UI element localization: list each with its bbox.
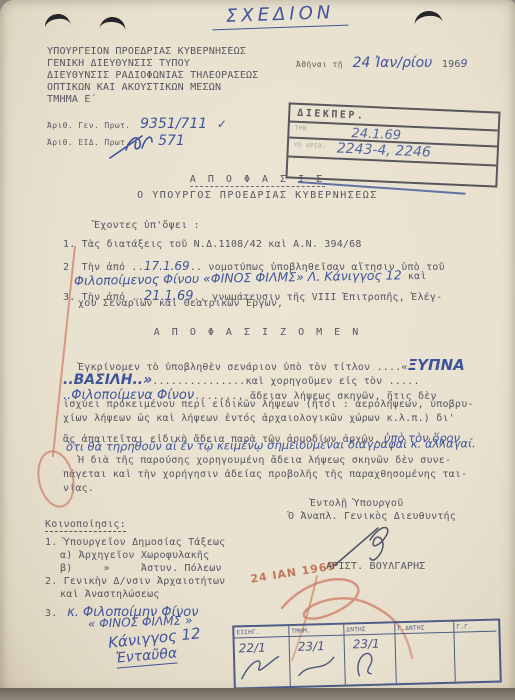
- routing-col-header: Γ.ΔΝΤΗΣ: [395, 622, 453, 635]
- routing-stamp-table: ΕΙΣΗΓ. 22/1 ΤΜΗΜ. 23/1 ΔΝΤΗΣ 23/1 Γ.ΔΝΤΗ…: [232, 619, 502, 690]
- recipient-city-handwritten: Ἐνταῦθα: [115, 645, 178, 668]
- scanned-document-page: ΣΧΕΔΙΟΝ ΥΠΟΥΡΓΕΙΟΝ ΠΡΟΕΔΡΙΑΣ ΚΥΒΕΡΝΗΣΕΩΣ…: [0, 0, 515, 700]
- notification-item: β) » Ἀστυν. Πόλεων: [60, 563, 222, 574]
- resolve-heading: Α Π Ο Φ Α Σ Ι Ζ Ο Μ Ε Ν: [0, 327, 515, 338]
- ink-scribble-icon: [108, 130, 168, 160]
- body-line: χίων λήψεων ὡς καὶ λήψεων ἐντός ἀρχαιολο…: [63, 413, 455, 424]
- routing-signature-icon: [294, 651, 339, 682]
- scan-bottom-edge: [0, 688, 515, 700]
- decision-heading: Α Π Ο Φ Α Σ Ι Σ: [0, 174, 515, 185]
- minister-line: Ο ΥΠΟΥΡΓΟΣ ΠΡΟΕΔΡΙΑΣ ΚΥΒΕΡΝΗΣΕΩΣ: [0, 190, 515, 201]
- by-order-line: Ἐντολῇ Ὑπουργοῦ: [310, 498, 403, 509]
- date-line: Ἀθῆναι τῇ 24 Ἰαν/ρίου 1969: [296, 52, 468, 71]
- letterhead-line: ΥΠΟΥΡΓΕΙΟΝ ΠΡΟΕΔΡΙΑΣ ΚΥΒΕΡΝΗΣΕΩΣ: [47, 46, 259, 58]
- staple-mark-icon: [43, 12, 71, 28]
- date-year-digit: 9: [461, 57, 468, 70]
- letterhead-line: ΔΙΕΥΘΥΝΣΙΣ ΡΑΔΙΟΦΩΝΙΑΣ ΤΗΛΕΟΡΑΣΕΩΣ: [47, 70, 259, 82]
- body-line: Ἡ διὰ τῆς παρούσης χορηγουμένη ἄδεια λήψ…: [78, 455, 451, 466]
- routing-col-header: ΕΙΣΗΓ.: [234, 626, 288, 638]
- letterhead-line: ΟΠΤΙΚΩΝ ΚΑΙ ΑΚΟΥΣΤΙΚΩΝ ΜΕΣΩΝ: [47, 82, 259, 94]
- date-year: 196: [442, 59, 461, 70]
- dispatch-stamp-row-label: ΥΠ ΑΡΙΘ.: [294, 142, 326, 150]
- letterhead-line: ΓΕΝΙΚΗ ΔΙΕΥΘΥΝΣΙΣ ΤΥΠΟΥ: [47, 58, 259, 70]
- dispatch-stamp-row-label: ΤΗΝ: [294, 125, 306, 133]
- consideration-2-end: καὶ: [402, 271, 427, 282]
- consideration-3-line2: χου Σεναρίων καὶ Θεατρικῶν Ἔργων,: [78, 298, 283, 309]
- consideration-1: 1. Τὰς διατάξεις τοῦ Ν.Δ.1108/42 καὶ Α.Ν…: [63, 239, 362, 250]
- routing-signature-icon: [237, 652, 284, 683]
- routing-col-header: ΔΝΤΗΣ: [344, 623, 394, 635]
- notification-item: καὶ Ἀναστηλώσεως: [60, 589, 160, 600]
- red-pencil-oval: [32, 447, 79, 511]
- minister-line-text: Ο ΥΠΟΥΡΓΟΣ ΠΡΟΕΔΡΙΑΣ ΚΥΒΕΡΝΗΣΕΩΣ: [137, 190, 378, 202]
- body-line: ἰσχύει προκειμένου περὶ εἰδικῶν λήψεων (…: [63, 399, 474, 410]
- condition-handwritten-line2: ὅτι θὰ τηρηθοῦν αἱ ἐν τῷ κειμένῳ σημειού…: [66, 436, 476, 454]
- signer-name: ΑΡΙΣΤ. ΒΟΥΛΓΑΡΗΣ: [326, 561, 426, 572]
- notification-item: 1. Ὑπουργεῖον Δημοσίας Τάξεως: [45, 537, 225, 548]
- routing-col-header: Γ.Γ.: [454, 621, 496, 633]
- draft-label-handwritten: ΣΧΕΔΙΟΝ: [212, 2, 349, 31]
- routing-col-header: ΤΜΗΜ.: [289, 625, 343, 637]
- notification-item-number: 3.: [45, 608, 57, 619]
- staple-mark-icon: [99, 16, 126, 31]
- date-handwritten: 24 Ἰαν/ρίου: [353, 55, 433, 71]
- red-pencil-line: [52, 246, 76, 457]
- letterhead: ΥΠΟΥΡΓΕΙΟΝ ΠΡΟΕΔΡΙΑΣ ΚΥΒΕΡΝΗΣΕΩΣ ΓΕΝΙΚΗ …: [47, 46, 259, 106]
- notification-item: 2. Γενικὴν Δ/νσιν Ἀρχαιοτήτων: [45, 576, 225, 587]
- resolve-heading-text: Α Π Ο Φ Α Σ Ι Ζ Ο Μ Ε Ν: [154, 327, 361, 339]
- notification-item: α) Ἀρχηγεῖον Χωροφυλακῆς: [60, 550, 209, 561]
- date-prefix: Ἀθῆναι τῇ: [296, 60, 343, 69]
- staple-mark-icon: [413, 10, 442, 26]
- body-line: πάγεται καὶ τὴν χορήγησιν ἀδείας προβολῆ…: [63, 469, 467, 480]
- having-regard: Ἔχοντες ὑπ'ὄψει :: [94, 220, 200, 231]
- check-mark-icon: ✓: [217, 117, 227, 131]
- letterhead-line: ΤΜΗΜΑ Ε΄: [47, 94, 259, 106]
- routing-signature-icon: [349, 645, 392, 680]
- notification-heading: Κοινοποίησις:: [45, 519, 126, 532]
- protocol-general-label: Ἀριθ. Γεν. Πρωτ.: [47, 121, 130, 130]
